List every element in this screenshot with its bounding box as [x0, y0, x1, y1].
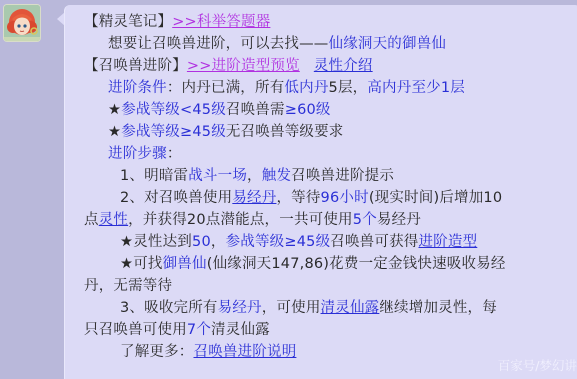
colon: ： [167, 146, 182, 162]
trigger-text: 触发 [262, 168, 291, 184]
step-text: 召唤兽进阶提示 [291, 168, 394, 184]
line-step3: 3、吸收完所有易经丹，可使用清灵仙露继续增加灵性，每 [84, 297, 564, 319]
step-text: (仙缘洞天147,86)花费一定金钱快速吸收易经 [207, 256, 506, 272]
high-neidan-text: 高内丹 [367, 80, 411, 96]
line-learn-more: 了解更多：召唤兽进阶说明 [84, 341, 564, 363]
sprite-notes-label: 【精灵笔记】 [84, 14, 172, 30]
steps-label: 进阶步骤 [108, 146, 167, 162]
line-conditions: 进阶条件：内丹已满，所有低内丹5层，高内丹至少1层 [84, 77, 564, 99]
low-neidan-text: 低内丹 [284, 80, 328, 96]
beast-immortal-text: 御兽仙 [163, 256, 207, 272]
step-text: 1、明暗雷 [120, 168, 188, 184]
step-text: 点 [84, 212, 99, 228]
count-text: 5个 [353, 212, 377, 228]
star-icon: ★ [120, 234, 133, 250]
qingling-xianlu-link[interactable]: 清灵仙露 [321, 300, 380, 316]
step-text: 清灵仙露 [211, 322, 270, 338]
requirement-text: 召唤兽需 [226, 102, 285, 118]
battle-text: 战斗一场 [188, 168, 247, 184]
yijingdan-text: 易经丹 [218, 300, 262, 316]
step-text: 2、对召唤兽使用 [120, 190, 232, 206]
level-text: 参战等级≥45级 [121, 124, 226, 140]
line-advancement-header: 【召唤兽进阶】>>进阶造型预览灵性介绍 [84, 55, 564, 77]
level-text: 参战等级<45级 [121, 102, 226, 118]
value-text: 50 [192, 234, 211, 250]
spirituality-link[interactable]: 灵性 [99, 212, 128, 228]
spirituality-intro-link[interactable]: 灵性介绍 [314, 58, 373, 74]
conditions-label: 进阶条件 [108, 80, 167, 96]
conditions-text: 5层， [329, 80, 368, 96]
npc-portrait-icon [4, 5, 40, 41]
star-icon: ★ [108, 102, 121, 118]
line-find-immortal: ★可找御兽仙(仙缘洞天147,86)花费一定金钱快速吸收易经 [84, 253, 564, 275]
wait-time-text: 96小时 [321, 190, 369, 206]
requirement-text: 无召唤兽等级要求 [226, 124, 344, 140]
line-level-lt45: ★参战等级<45级召唤兽需≥60级 [84, 99, 564, 121]
learn-more-label: 了解更多： [120, 344, 194, 360]
exam-helper-link[interactable]: >>科举答题器 [172, 14, 270, 30]
star-icon: ★ [120, 256, 133, 272]
line-spirituality-50: ★灵性达到50，参战等级≥45级召唤兽可获得进阶造型 [84, 231, 564, 253]
count-text: 7个 [187, 322, 211, 338]
line-sprite-notes: 【精灵笔记】>>科举答题器 [84, 11, 564, 33]
step-text: 灵性达到 [133, 234, 192, 250]
advancement-guide-link[interactable]: 召唤兽进阶说明 [194, 344, 297, 360]
message-content: 【精灵笔记】>>科举答题器 想要让召唤兽进阶，可以去找——仙缘洞天的御兽仙 【召… [84, 11, 564, 363]
step-text: 易经丹 [377, 212, 421, 228]
watermark: 百家号/梦幻讲 [498, 356, 577, 374]
line-steps-header: 进阶步骤： [84, 143, 564, 165]
line-step3-cont: 只召唤兽可使用7个清灵仙露 [84, 319, 564, 341]
conditions-text: 至少1层 [411, 80, 465, 96]
step-text: 继续增加灵性，每 [379, 300, 497, 316]
step-text: ， [247, 168, 262, 184]
yijingdan-link[interactable]: 易经丹 [232, 190, 276, 206]
conditions-text: ：内丹已满，所有 [167, 80, 285, 96]
advancement-label: 【召唤兽进阶】 [84, 58, 187, 74]
line-intro: 想要让召唤兽进阶，可以去找——仙缘洞天的御兽仙 [84, 33, 564, 55]
level-text: ≥60级 [285, 102, 331, 118]
step-text: 召唤兽可获得 [330, 234, 418, 250]
star-icon: ★ [108, 124, 121, 140]
step-text: ，可使用 [262, 300, 321, 316]
intro-text: 想要让召唤兽进阶，可以去找—— [108, 36, 329, 52]
line-find-immortal-cont: 丹，无需等待 [84, 275, 564, 297]
beast-immortal-location: 仙缘洞天的御兽仙 [329, 36, 447, 52]
step-text: (现实时间)后增加10 [369, 190, 502, 206]
advanced-appearance-link[interactable]: 进阶造型 [418, 234, 477, 250]
npc-avatar[interactable] [4, 5, 40, 41]
step-text: ， [211, 234, 226, 250]
step-text: 只召唤兽可使用 [84, 322, 187, 338]
step-text: 丹，无需等待 [84, 278, 172, 294]
step-text: ，等待 [276, 190, 320, 206]
step-text: 可找 [133, 256, 162, 272]
step-text: 3、吸收完所有 [120, 300, 218, 316]
appearance-preview-link[interactable]: >>进阶造型预览 [187, 58, 300, 74]
line-step2-cont: 点灵性，并获得20点潜能点，一共可使用5个易经丹 [84, 209, 564, 231]
line-step1: 1、明暗雷战斗一场，触发召唤兽进阶提示 [84, 165, 564, 187]
level-text: 参战等级≥45级 [226, 234, 331, 250]
step-text: ，并获得20点潜能点，一共可使用 [128, 212, 353, 228]
line-step2: 2、对召唤兽使用易经丹，等待96小时(现实时间)后增加10 [84, 187, 564, 209]
line-level-ge45: ★参战等级≥45级无召唤兽等级要求 [84, 121, 564, 143]
